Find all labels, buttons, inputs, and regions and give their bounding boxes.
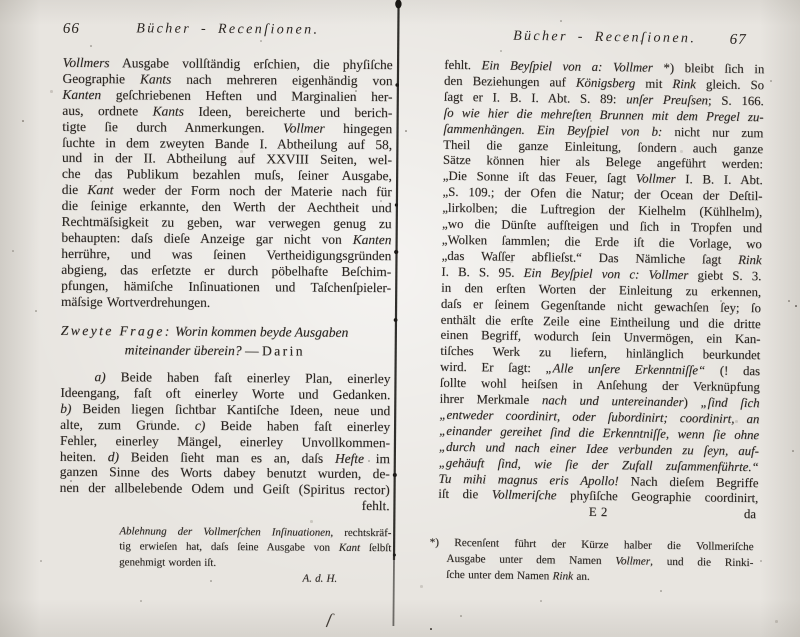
emphasized-text: d) [108,449,119,464]
emphasized-text: miteinander überein? [125,342,245,358]
page-number: 67 [730,32,747,49]
body-text: *) bleibt ſich in [653,61,765,77]
left-main-paragraph: Vollmers Ausgabe vollſtändig erſchien, d… [61,55,393,312]
body-text: „das Waſſer abflieſst.“ Das Nämliche ſag… [442,249,739,267]
body-text: gleich. So [696,77,764,92]
emphasized-text: Kant [339,542,360,554]
body-text: tigte ſie durch Anmerkungen. [62,118,283,135]
body-text: hingegen [325,120,393,135]
body-text: ganzen Sinne des Worts dabey benutzt wur… [60,464,390,481]
emphasized-text: Rink [738,253,762,267]
body-text: im [364,450,390,465]
body-text: fehlt. [362,498,390,513]
page-left: 66 Bücher - Recenſionen. Vollmers Ausgab… [59,15,393,627]
body-text: abgieng, das erſetzte er durch pöbelhaft… [61,262,391,279]
emphasized-text: Rink [672,77,696,91]
emphasized-text: Königsberg [576,76,635,91]
body-text: , rechtskräf- [330,527,391,539]
emphasized-text: a) [94,369,105,384]
emphasized-text: „Alle unſere Erkenntniſſe“ [545,361,705,377]
body-text: Geographie [63,71,141,87]
body-text: fehlt. [444,58,481,73]
emphasized-text: Vollmer [636,172,676,187]
body-text: — [245,343,262,358]
emphasized-text: nach und untereinander [542,393,684,409]
emphasized-text: Kanten [62,87,101,102]
body-text: und in der II. Abtheilung auf XXVIII Sei… [62,150,392,167]
emphasized-text: „ſind ſich [701,395,760,410]
running-title: Bücher - Recenſionen. [445,28,765,48]
body-text: ſche unter dem Namen [446,568,553,581]
emphasized-text: Ein Beyſpiel von c: Vollmer [524,266,689,282]
text-line: A. d. H. [119,570,391,587]
page-header-right: Bücher - Recenſionen. 67 [445,28,765,52]
body-text: Beide haben faſt einerley [205,418,390,434]
body-text: aus, ordnete [62,103,152,119]
question-heading: Zweyte Frage: Worin kommen beyde Ausgabe… [61,321,391,361]
body-text: „Die Sonne iſt das Feuer, ſagt [443,169,636,186]
body-text: Ausgabe unter dem Namen [446,553,615,567]
text-line: Zweyte Frage: Worin kommen beyde Ausgabe… [61,321,391,342]
body-text: den Beziehungen auf [444,74,576,90]
emphasized-text: Ablehnung der Vollmerſchen Inſinuationen [119,525,330,538]
page-header-left: 66 Bücher - Recenſionen. [63,21,393,43]
body-text: wird. Er ſagt: [440,360,546,375]
emphasized-text: Zweyte Frage: [61,323,172,339]
body-text: geſchriebenen Heften und Marginalien her… [101,87,392,104]
body-text: Beiden liegen ſichtbar Kantiſche Ideen, … [71,401,390,418]
body-text: nach mehreren eigenhändig von [171,72,392,89]
body-text: Fehler, einerley Mängel, einerley Unvoll… [60,432,390,449]
right-main-text: fehlt. Ein Beyſpiel von a: Vollmer *) bl… [438,58,764,524]
body-text: giebt S. 3. [688,268,761,283]
emphasized-text: Vollmer [615,555,650,567]
running-title: Bücher - Recenſionen. [63,21,393,39]
body-text: I. B. S. 95. [441,265,523,280]
paper-blotches [0,0,3,3]
body-text: nen der allbelebende Odem und Geiſt (Spi… [60,480,390,497]
body-text: nicht nur zum [662,124,763,139]
catchword: da [744,507,756,523]
emphasized-text: Vollmeriſche [492,488,557,503]
emphasized-text: Vollmers [63,55,110,70]
emphasized-text: Darin [262,343,305,358]
emphasized-text: Worin kommen beyde Ausgaben [175,324,348,340]
body-text: die [62,182,88,197]
body-text: ſagt er I. B. I. Abt. S. 89: [444,90,627,107]
body-text: behaupten: daſs dieſe Anzeige gar nicht … [61,230,352,247]
emphasized-text: c) [195,417,206,432]
body-text: pfungen, hämiſche Inſinuationen und Taſc… [61,278,391,295]
emphasized-text: Kants [140,71,171,86]
body-text: Ideengang, faſt oft einerley Worte und G… [60,385,390,402]
body-text: Nach dieſem Begriffe [619,474,759,490]
emphasized-text: Vollmer [283,120,325,135]
left-footnote: Ablehnung der Vollmerſchen Inſinuationen… [119,524,391,587]
body-text: ſuchte in dem zweyten Bande I. Abtheilun… [62,134,392,151]
body-text: che das Publikum bezahlen muſs, ſeiner A… [62,166,392,183]
left-list-paragraph: a) Beide haben faſt einerley Plan, einer… [60,369,391,514]
emphasized-text: Kant [87,182,113,197]
text-line: ſche unter dem Namen Rink an. [429,567,753,587]
body-text: *) Recenſent führt der Kürze halber die … [430,537,754,554]
text-line: mäſsige Wortverdrehungen. [61,293,391,311]
emphasized-text: Tu mihi magnus eris Apollo! [438,471,618,488]
body-text: phyſiſche Geographie coordinirt, [556,489,758,506]
body-text: an. [573,570,590,582]
body-text: heiten. [60,448,108,463]
body-text: , und die Rinki- [650,555,753,568]
body-text: ſelbſt [360,542,391,554]
emphasized-text: A. d. H. [302,572,337,584]
body-text: weder der Form noch der Materie nach für [113,182,391,199]
body-text: (! das [705,364,760,379]
body-text: Rechtmäſsigkeit zu geben, war verwegen g… [62,214,392,231]
body-text: ihrer Merkmale [440,392,542,407]
body-text: mäſsige Wortverdrehungen. [61,293,210,309]
emphasized-text: b) [60,401,71,416]
emphasized-text: Kants [153,103,184,118]
emphasized-text: ſammenhängen. Ein Beyſpiel von b: [443,121,662,138]
body-text: herrühre, und was ſeinen Vertheidigungsg… [61,246,391,263]
body-text: E 2 [589,505,608,519]
body-text: ) [683,395,700,409]
body-text: die ſeinige erkannte, den Werth der Aech… [62,198,392,215]
body-text: Beide haben faſt einerley Plan, einerley [106,369,391,386]
emphasized-text: Rink [552,570,573,582]
emphasized-text: Kanten [353,232,392,247]
body-text: alte, zum Grunde. [60,417,195,433]
body-text: iſt die [438,487,492,502]
body-text: tig erwieſen hat, daſs ſeine Ausgabe von [119,541,339,555]
text-line: fehlt. [60,496,390,514]
body-text: Ideen, bereicherte und berich- [184,103,393,119]
page-right: Bücher - Recenſionen. 67 fehlt. Ein Beyſ… [436,14,764,628]
body-text: Ausgabe vollſtändig erſchien, die phyſiſ… [109,55,392,72]
body-text: mit [635,76,672,91]
emphasized-text: Ein Beyſpiel von a: Vollmer [481,58,652,74]
body-text: I. B. I. Abt. [675,172,762,187]
body-text: ; S. 166. [708,93,764,108]
text-line: miteinander überein? — Darin [61,340,391,361]
page-number: 66 [63,21,80,38]
body-text: Beiden ſieht man es an, daſs [119,449,335,466]
body-text: genehmigt worden iſt. [119,556,216,569]
book-scan: ſ 66 Bücher - Recenſionen. Vollmers Ausg… [0,0,800,637]
right-footnote: *) Recenſent führt der Kürze halber die … [429,536,754,588]
text-line: E 2da [438,503,758,523]
emphasized-text: Hefte [335,450,364,465]
emphasized-text: unſer Preuſsen [626,92,708,107]
